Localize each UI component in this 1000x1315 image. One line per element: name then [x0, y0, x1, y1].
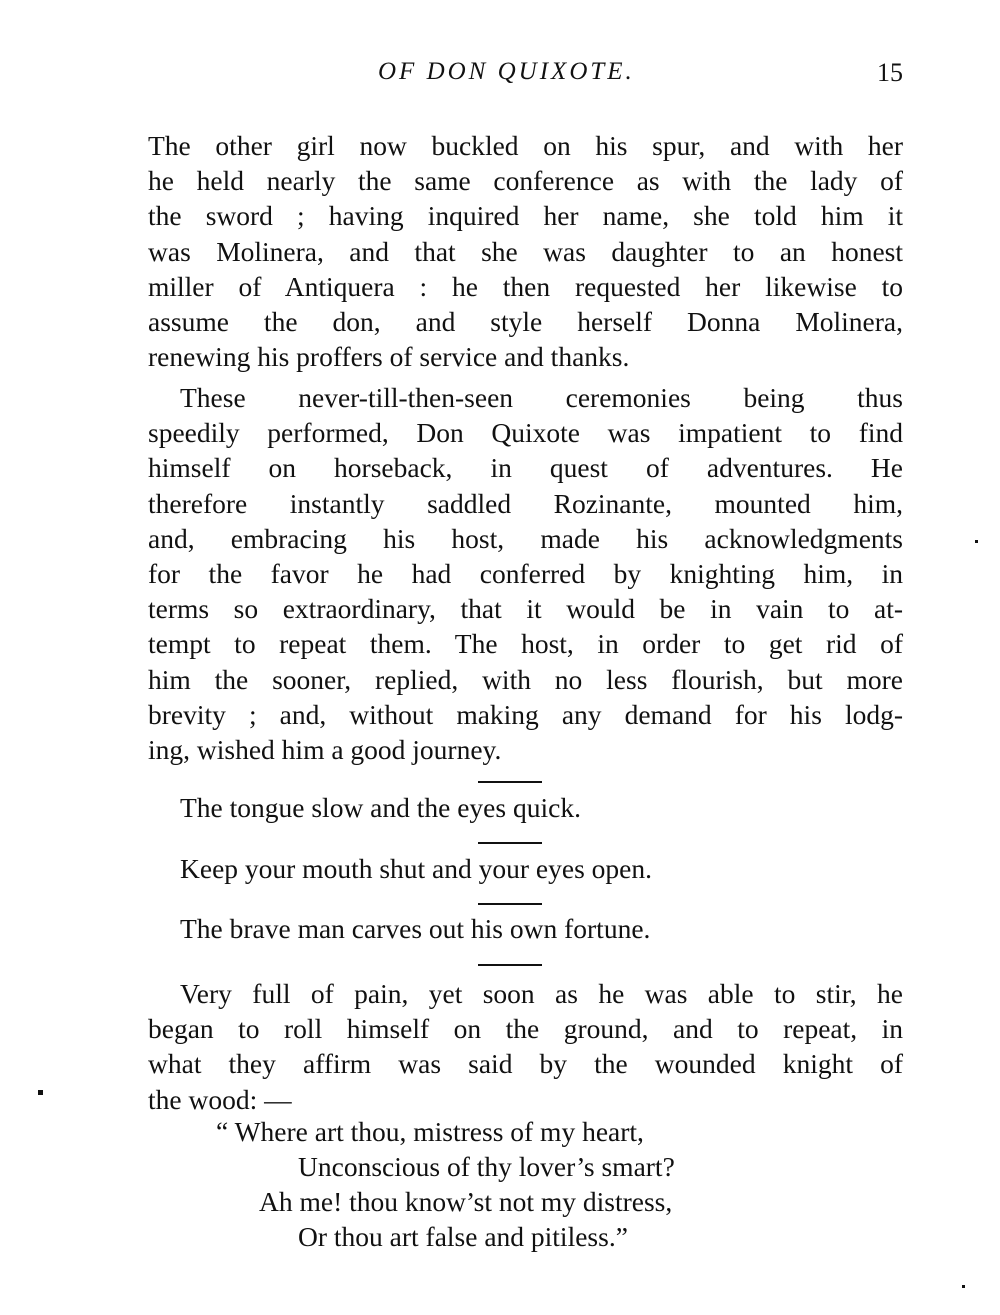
text-line: what they affirm was said by the wounded…: [148, 1046, 903, 1081]
page-number: 15: [877, 58, 903, 88]
verse-line: Unconscious of thy lover’s smart?: [298, 1151, 675, 1183]
text-line: himself on horseback, in quest of advent…: [148, 450, 903, 485]
text-line: him the sooner, replied, with no less fl…: [148, 662, 903, 697]
separator-rule: [478, 903, 542, 905]
verse-line: Or thou art false and pitiless.”: [298, 1221, 628, 1253]
text-line: terms so extraordinary, that it would be…: [148, 591, 903, 626]
print-speck: [975, 540, 978, 543]
text-line: renewing his proffers of service and tha…: [148, 339, 903, 374]
text-line: and, embracing his host, made his acknow…: [148, 521, 903, 556]
text-line: therefore instantly saddled Rozinante, m…: [148, 486, 903, 521]
text-line: was Molinera, and that she was daughter …: [148, 234, 903, 269]
text-line: The other girl now buckled on his spur, …: [148, 128, 903, 163]
paragraph-ceremonies: These never-till-then-seen ceremonies be…: [148, 380, 903, 767]
text-line: the sword ; having inquired her name, sh…: [148, 198, 903, 233]
separator-rule: [478, 964, 542, 966]
text-line: brevity ; and, without making any demand…: [148, 697, 903, 732]
text-line: miller of Antiquera : he then requested …: [148, 269, 903, 304]
text-line: tempt to repeat them. The host, in order…: [148, 626, 903, 661]
text-line: speedily performed, Don Quixote was impa…: [148, 415, 903, 450]
proverb: The tongue slow and the eyes quick.: [180, 792, 581, 824]
paragraph-pain: Very full of pain, yet soon as he was ab…: [148, 976, 903, 1117]
text-line: Very full of pain, yet soon as he was ab…: [148, 976, 903, 1011]
proverb: The brave man carves out his own fortune…: [180, 913, 650, 945]
book-page: OF DON QUIXOTE. 15 The other girl now bu…: [0, 0, 1000, 1315]
separator-rule: [478, 842, 542, 844]
text-line: the wood: —: [148, 1082, 903, 1117]
print-speck: [962, 1285, 965, 1288]
text-line: assume the don, and style herself Donna …: [148, 304, 903, 339]
running-head: OF DON QUIXOTE. 15: [148, 58, 903, 98]
text-line: for the favor he had conferred by knight…: [148, 556, 903, 591]
text-line: he held nearly the same conference as wi…: [148, 163, 903, 198]
running-title: OF DON QUIXOTE.: [378, 58, 635, 86]
paragraph-molinera: The other girl now buckled on his spur, …: [148, 128, 903, 374]
print-speck: [38, 1090, 43, 1095]
separator-rule: [478, 781, 542, 783]
verse-line: “ Where art thou, mistress of my heart,: [216, 1116, 644, 1148]
text-line: ing, wished him a good journey.: [148, 732, 903, 767]
text-line: began to roll himself on the ground, and…: [148, 1011, 903, 1046]
proverb: Keep your mouth shut and your eyes open.: [180, 853, 652, 885]
text-line: These never-till-then-seen ceremonies be…: [148, 380, 903, 415]
verse-line: Ah me! thou know’st not my distress,: [259, 1186, 672, 1218]
